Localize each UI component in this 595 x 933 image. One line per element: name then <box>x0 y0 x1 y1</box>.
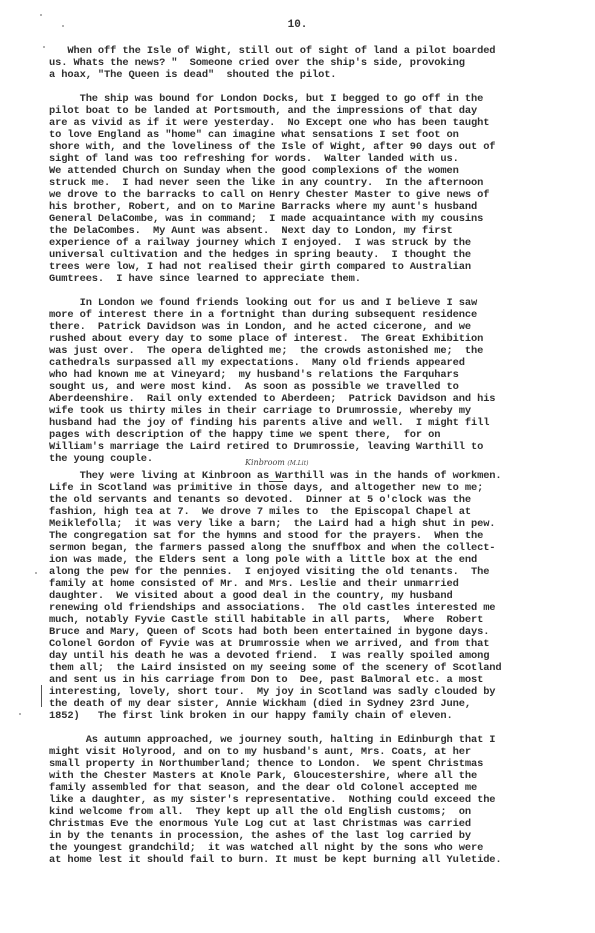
text-line: Life in Scotland was primitive in those … <box>49 482 483 494</box>
text-line: universal cultivation and the hedges in … <box>49 249 471 261</box>
text-line: them all; the Laird insisted on my seein… <box>49 662 502 674</box>
text-line: rushed about every day to some place of … <box>49 333 483 345</box>
text-line: small property in Northumberland; thence… <box>49 758 483 770</box>
text-line: along the pew for the pennies. I enjoyed… <box>49 566 489 578</box>
annotation-note: (M.Lit) <box>287 460 308 467</box>
text-line: sought us, and were most kind. As soon a… <box>49 381 459 393</box>
text-line: day until his death he was a devoted fri… <box>49 650 489 662</box>
text-line: experience of a railway journey which I … <box>49 237 471 249</box>
text-line: sight of land was too refreshing for wor… <box>49 153 459 165</box>
page-number: 10. <box>0 19 595 31</box>
text-line: a hoax, "The Queen is dead" shouted the … <box>49 69 336 81</box>
text-line: family assembled for that season, and th… <box>49 782 477 794</box>
text-line: pages with description of the happy time… <box>49 429 440 441</box>
text-line: are as vivid as if it were yesterday. No… <box>49 117 489 129</box>
text-line: Meiklefolla; it was very like a barn; th… <box>49 518 495 530</box>
text-line: to love England as "home" can imagine wh… <box>49 129 459 141</box>
text-line: husband had the joy of finding his paren… <box>49 417 489 429</box>
handwritten-annotation: Kinbroom (M.Lit) <box>245 458 308 467</box>
text-line: When off the Isle of Wight, still out of… <box>49 45 495 57</box>
text-line: sermon began, the farmers passed along t… <box>49 542 495 554</box>
text-line: much, notably Fyvie Castle still habitab… <box>49 614 483 626</box>
text-line: the DelaCombes. My Aunt was absent. Next… <box>49 225 453 237</box>
text-line: more of interest there in a fortnight th… <box>49 309 477 321</box>
text-line: Colonel Gordon of Fyvie was at Drumrossi… <box>49 638 489 650</box>
text-line: ion was made, the Elders sent a long pol… <box>49 554 477 566</box>
text-line: The ship was bound for London Docks, but… <box>49 93 483 105</box>
text-line: with the Chester Masters at Knole Park, … <box>49 770 477 782</box>
text-line: shore with, and the loveliness of the Is… <box>49 141 495 153</box>
annotation-text: Kinbroom <box>245 458 285 467</box>
text-line: the youngest grandchild; it was watched … <box>49 842 483 854</box>
text-line: might visit Holyrood, and on to my husba… <box>49 746 471 758</box>
text-line: Bruce and Mary, Queen of Scots had both … <box>49 626 489 638</box>
text-line: family at home consisted of Mr. and Mrs.… <box>49 578 459 590</box>
text-line: fashion, high tea at 7. We drove 7 miles… <box>49 506 471 518</box>
text-line: in by the tenants in procession, the ash… <box>49 830 471 842</box>
scan-speck <box>40 14 42 16</box>
text-line: we drove to the barracks to call on Henr… <box>49 189 489 201</box>
text-line: renewing old friendships and association… <box>49 602 495 614</box>
text-line: 1852) The first link broken in our happy… <box>49 710 453 722</box>
text-line: his brother, Robert, and on to Marine Ba… <box>49 201 477 213</box>
text-line: Christmas Eve the enormous Yule Log cut … <box>49 818 471 830</box>
scan-speck <box>19 713 21 715</box>
text-line: was just over. The opera delighted me; t… <box>49 345 483 357</box>
text-line: the death of my dear sister, Annie Wickh… <box>49 698 471 710</box>
text-line: wife took us thirty miles in their carri… <box>49 405 471 417</box>
margin-mark <box>41 685 42 707</box>
scan-speck <box>62 25 64 27</box>
text-line: As autumn approached, we journey south, … <box>49 734 495 746</box>
text-line: us. Whats the news? " Someone cried over… <box>49 57 465 69</box>
text-line: struck me. I had never seen the like in … <box>49 177 483 189</box>
text-line: kind welcome from all. They kept up all … <box>49 806 471 818</box>
text-line: We attended Church on Sunday when the go… <box>49 165 459 177</box>
text-line: who had known me at Vineyard; my husband… <box>49 369 459 381</box>
text-line: there. Patrick Davidson was in London, a… <box>49 321 471 333</box>
text-line: trees were low, I had not realised their… <box>49 261 471 273</box>
text-line: General DelaCombe, was in command; I mad… <box>49 213 483 225</box>
scan-speck <box>43 46 45 48</box>
text-line: like a daughter, as my sister's represen… <box>49 794 495 806</box>
text-line: cathedrals surpassed all my expectations… <box>49 357 465 369</box>
text-line: and sent us in his carriage from Don to … <box>49 674 483 686</box>
text-line: Gumtrees. I have since learned to apprec… <box>49 273 361 285</box>
text-line: daughter. We visited about a good deal i… <box>49 590 453 602</box>
handwritten-underline <box>269 481 283 482</box>
text-line: the old servants and tenants so devoted.… <box>49 494 471 506</box>
scan-speck <box>35 572 37 574</box>
text-line: at home lest it should fail to burn. It … <box>49 854 502 866</box>
text-line: In London we found friends looking out f… <box>49 297 477 309</box>
text-line: The congregation sat for the hymns and s… <box>49 530 483 542</box>
text-line: interesting, lovely, short tour. My joy … <box>49 686 495 698</box>
text-line: pilot boat to be landed at Portsmouth, a… <box>49 105 477 117</box>
text-line: William's marriage the Laird retired to … <box>49 441 483 453</box>
text-line: the young couple. <box>49 453 153 465</box>
text-line: Aberdeenshire. Rail only extended to Abe… <box>49 393 495 405</box>
